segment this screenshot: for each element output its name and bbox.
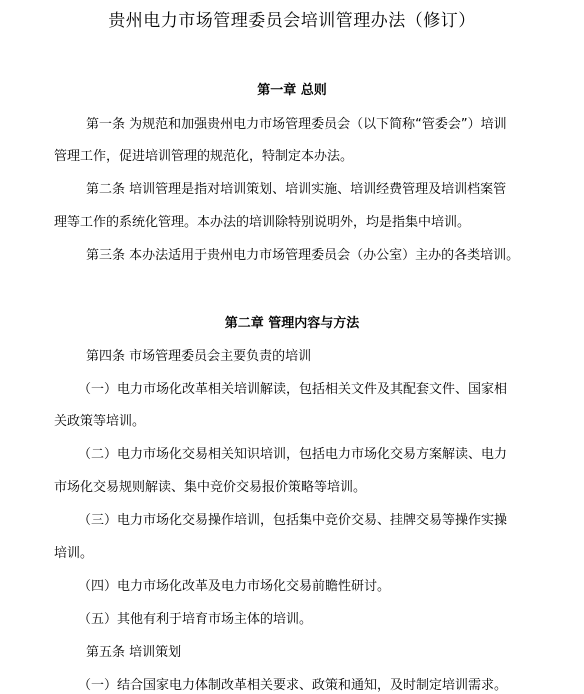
item-1-line-1: （一）电力市场化改革相关培训解读，包括相关文件及其配套文件、国家相: [78, 378, 507, 397]
item-3-line-1: （三）电力市场化交易操作培训，包括集中竞价交易、挂牌交易等操作实操: [78, 509, 507, 528]
article-5-item-1-line-1: （一）结合国家电力体制改革相关要求、政策和通知，及时制定培训需求。: [78, 674, 507, 693]
item-1-line-2: 关政策等培训。: [54, 410, 145, 429]
item-4-line-1: （四）电力市场化改革及电力市场化交易前瞻性研讨。: [78, 575, 390, 594]
article-4-line-1: 第四条 市场管理委员会主要负责的培训: [86, 345, 311, 364]
article-2-line-1: 第二条 培训管理是指对培训策划、培训实施、培训经费管理及培训档案管: [86, 178, 506, 197]
article-2-line-2: 理等工作的系统化管理。本办法的培训除特别说明外，均是指集中培训。: [54, 211, 470, 230]
chapter-2-heading: 第二章 管理内容与方法: [0, 312, 584, 331]
item-2-line-1: （二）电力市场化交易相关知识培训，包括电力市场化交易方案解读、电力: [78, 443, 507, 462]
article-5-line-1: 第五条 培训策划: [86, 641, 181, 660]
article-3-line-1: 第三条 本办法适用于贵州电力市场管理委员会（办公室）主办的各类培训。: [86, 244, 519, 263]
document-page: 贵州电力市场管理委员会培训管理办法（修订） 第一章 总则 第一条 为规范和加强贵…: [0, 0, 584, 694]
article-1-line-1: 第一条 为规范和加强贵州电力市场管理委员会（以下简称“管委会”）培训: [86, 113, 507, 132]
item-3-line-2: 培训。: [54, 542, 93, 561]
article-1-line-2: 管理工作，促进培训管理的规范化，特制定本办法。: [54, 145, 353, 164]
item-2-line-2: 市场化交易规则解读、集中竞价交易报价策略等培训。: [54, 476, 366, 495]
document-title: 贵州电力市场管理委员会培训管理办法（修订）: [0, 6, 584, 31]
chapter-1-heading: 第一章 总则: [0, 79, 584, 98]
item-5-line-1: （五）其他有利于培育市场主体的培训。: [78, 608, 312, 627]
